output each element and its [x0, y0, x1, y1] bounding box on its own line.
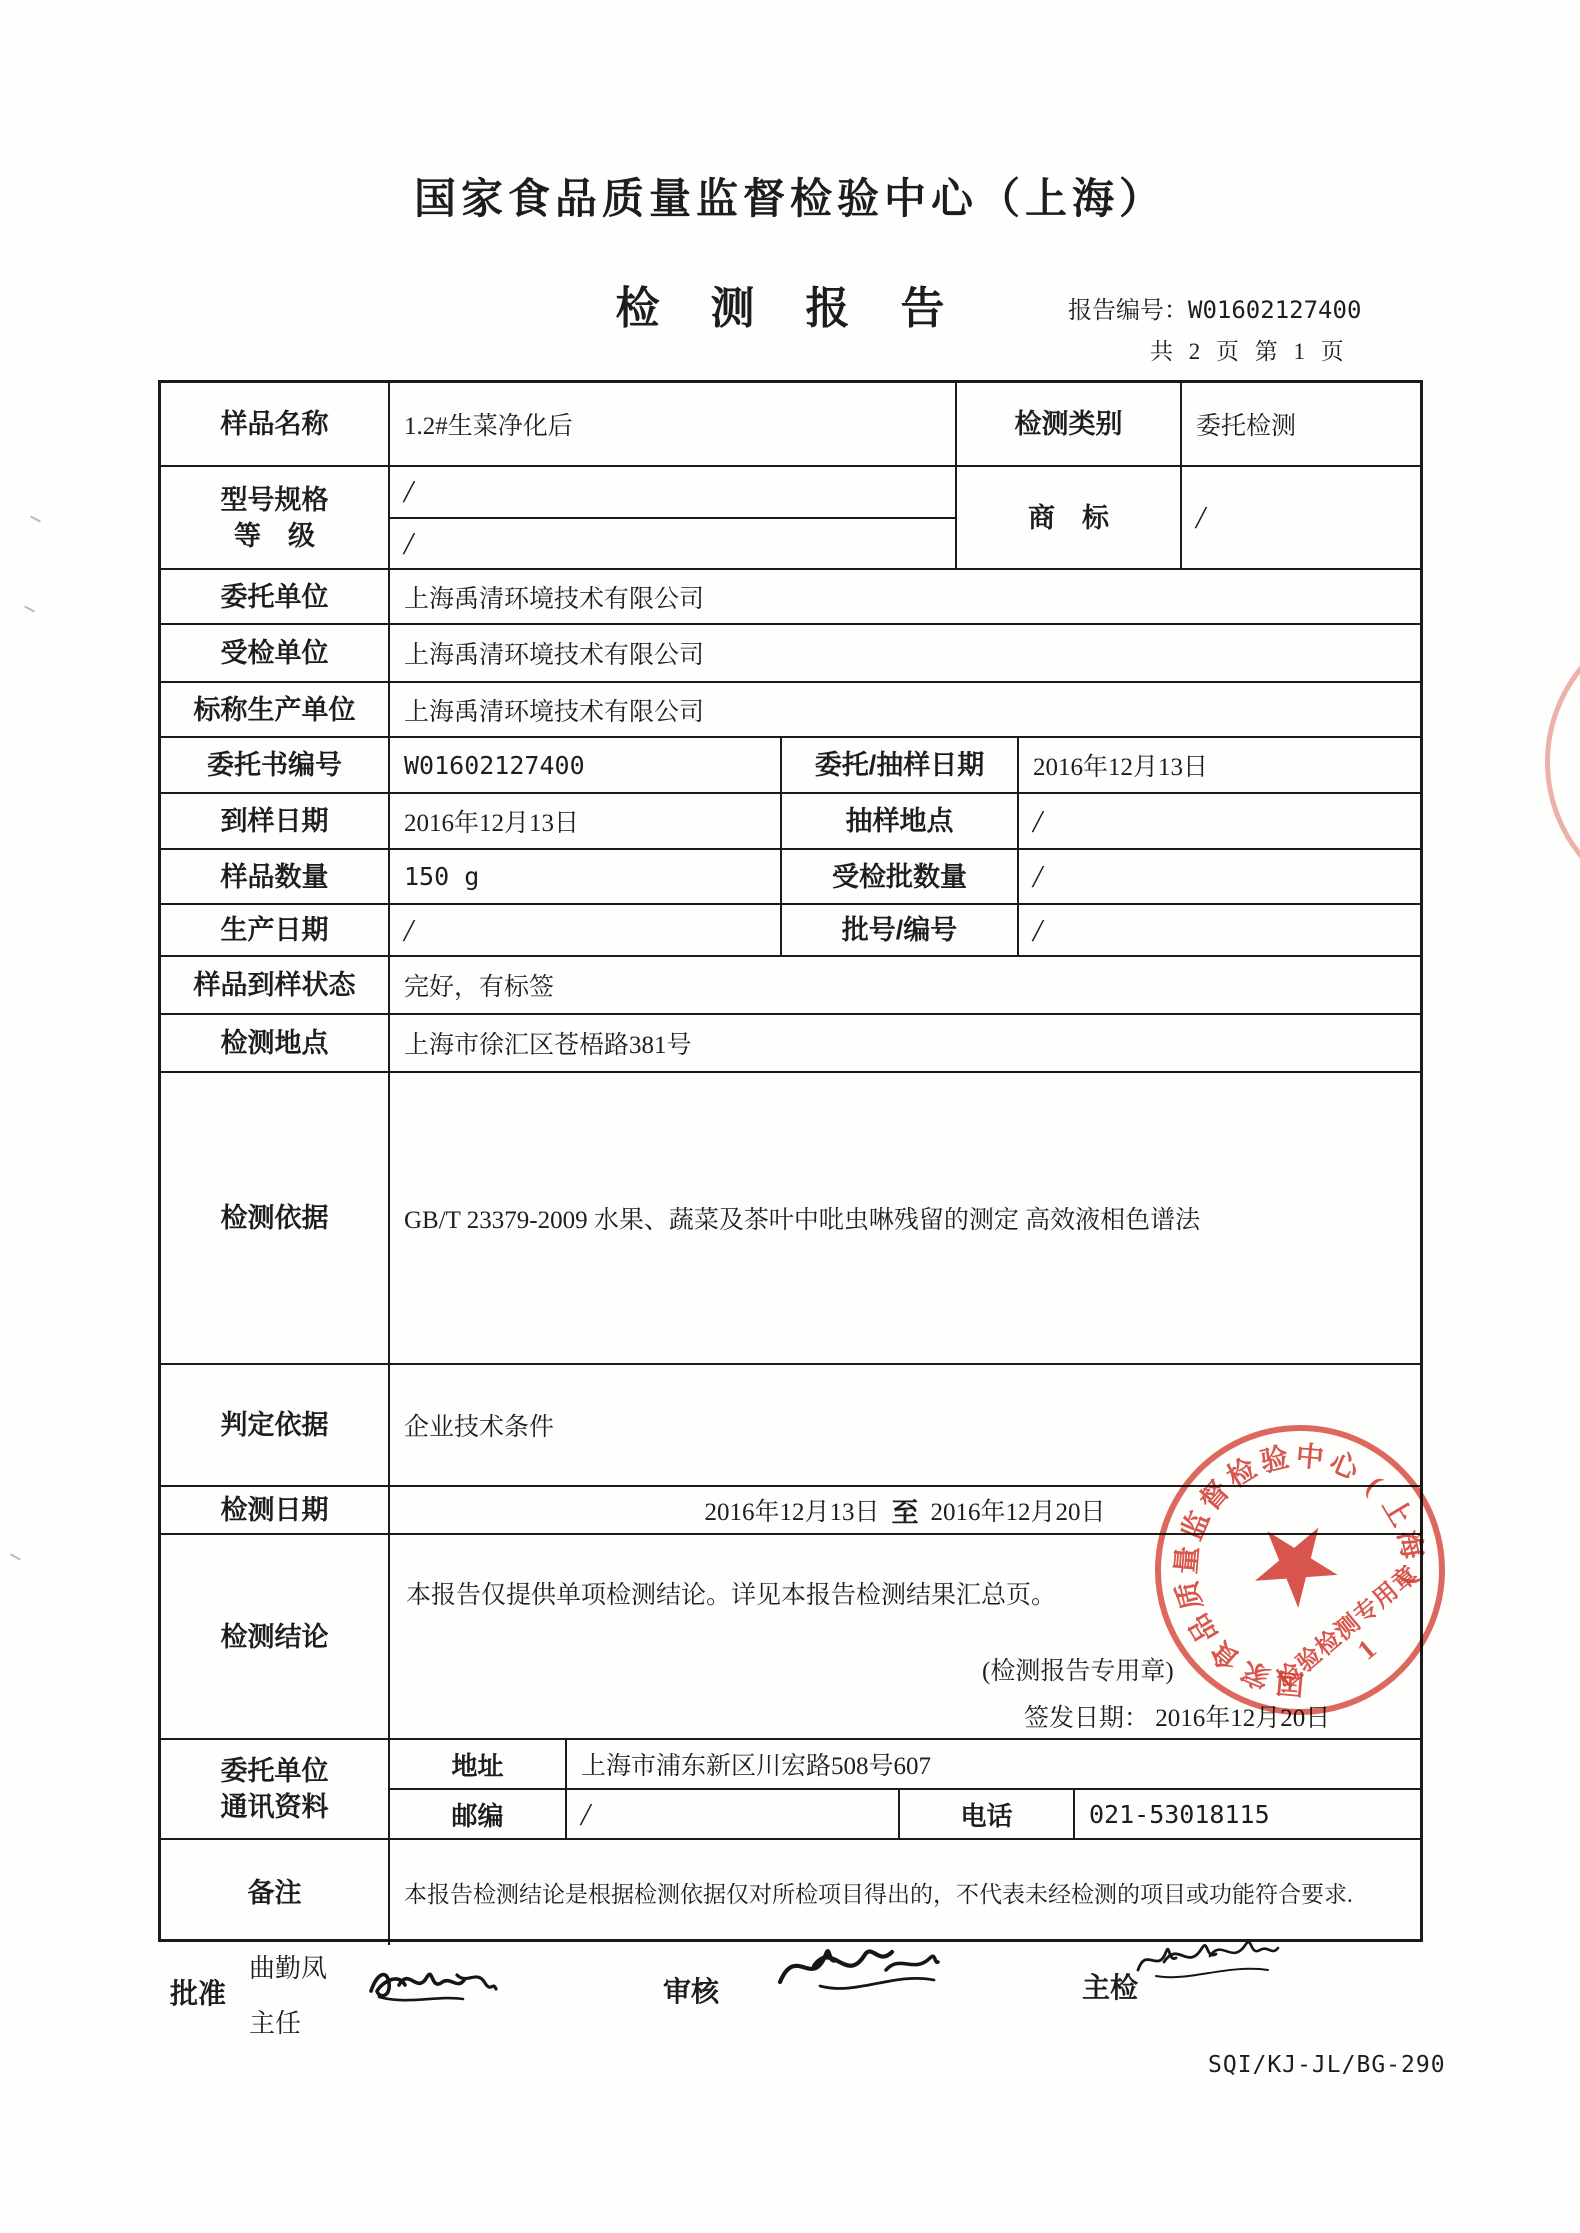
sample-state-value: 完好，有标签: [388, 957, 1420, 1013]
test-basis-label: 检测依据: [161, 1073, 388, 1363]
address-label: 地址: [390, 1740, 565, 1788]
org-title: 国家食品质量监督检验中心（上海）: [0, 166, 1580, 226]
test-category-value: 委托检测: [1180, 383, 1420, 465]
test-category-label: 检测类别: [955, 383, 1180, 465]
zip-value: /: [565, 1790, 898, 1838]
approve-title: 主任: [249, 2003, 301, 2040]
row-production-date: 生产日期 / 批号/编号 /: [161, 903, 1420, 955]
client-label: 委托单位: [161, 570, 388, 623]
inspected-unit-value: 上海禹清环境技术有限公司: [388, 625, 1420, 681]
client-value: 上海禹清环境技术有限公司: [388, 570, 1420, 623]
sampling-place-value: /: [1017, 794, 1420, 848]
producer-value: 上海禹清环境技术有限公司: [388, 683, 1420, 736]
commission-no-label: 委托书编号: [161, 738, 388, 792]
row-test-place: 检测地点 上海市徐汇区苍梧路381号: [161, 1013, 1420, 1071]
judge-basis-label: 判定依据: [161, 1365, 388, 1485]
scanned-report-page: 国家食品质量监督检验中心（上海） 检 测 报 告 报告编号：W016021274…: [0, 0, 1580, 2233]
model-spec-values: / /: [388, 467, 955, 568]
scan-artifact: [10, 1554, 21, 1561]
test-date-to: 2016年12月20日: [931, 1492, 1106, 1528]
row-commission-no: 委托书编号 W01602127400 委托/抽样日期 2016年12月13日: [161, 736, 1420, 792]
model-spec-label: 型号规格 等 级: [161, 467, 388, 568]
row-client: 委托单位 上海禹清环境技术有限公司: [161, 568, 1420, 623]
zip-label: 邮编: [390, 1790, 565, 1838]
row-producer: 标称生产单位 上海禹清环境技术有限公司: [161, 681, 1420, 736]
sample-state-label: 样品到样状态: [161, 957, 388, 1013]
stamp-ring-char: 质: [1173, 1577, 1209, 1613]
row-arrival-date: 到样日期 2016年12月13日 抽样地点 /: [161, 792, 1420, 848]
commission-date-label: 委托/抽样日期: [780, 738, 1017, 792]
sample-qty-label: 样品数量: [161, 850, 388, 903]
production-date-label: 生产日期: [161, 905, 388, 955]
chief-signature: [1128, 1930, 1283, 1990]
model-spec-bottom-value: /: [390, 517, 955, 569]
trademark-label: 商 标: [955, 467, 1180, 568]
row-sample-qty: 样品数量 150 g 受检批数量 /: [161, 848, 1420, 903]
row-model-spec: 型号规格 等 级 / / 商 标 /: [161, 465, 1420, 568]
batch-qty-label: 受检批数量: [780, 850, 1017, 903]
scan-artifact: [24, 606, 35, 613]
report-number-value: W01602127400: [1188, 296, 1361, 324]
arrival-date-label: 到样日期: [161, 794, 388, 848]
review-label: 审核: [663, 1970, 719, 2010]
arrival-date-value: 2016年12月13日: [388, 794, 780, 848]
sample-name-label: 样品名称: [161, 383, 388, 465]
pagination: 共 2 页 第 1 页: [1150, 333, 1349, 366]
test-date-label: 检测日期: [161, 1487, 388, 1533]
conclusion-label: 检测结论: [161, 1535, 388, 1738]
row-contact: 委托单位 通讯资料 地址 上海市浦东新区川宏路508号607 邮编 / 电话 0…: [161, 1738, 1420, 1838]
contact-zip-phone-row: 邮编 / 电话 021-53018115: [390, 1788, 1420, 1838]
producer-label: 标称生产单位: [161, 683, 388, 736]
review-signature: [768, 1936, 943, 2002]
test-place-value: 上海市徐汇区苍梧路381号: [388, 1015, 1420, 1071]
seal-note: (检测报告专用章): [982, 1651, 1174, 1687]
sample-qty-value: 150 g: [388, 850, 780, 903]
contact-address-row: 地址 上海市浦东新区川宏路508号607: [390, 1740, 1420, 1788]
approve-label: 批准: [170, 1972, 226, 2012]
row-inspected-unit: 受检单位 上海禹清环境技术有限公司: [161, 623, 1420, 681]
stamp-ring-char: 中: [1294, 1442, 1327, 1475]
conclusion-text: 本报告仅提供单项检测结论。详见本报告检测结果汇总页。: [406, 1575, 1056, 1611]
report-number: 报告编号：W01602127400: [1068, 290, 1361, 325]
address-value: 上海市浦东新区川宏路508号607: [565, 1740, 1420, 1788]
phone-value: 021-53018115: [1073, 1790, 1420, 1838]
row-sample-state: 样品到样状态 完好，有标签: [161, 955, 1420, 1013]
inspected-unit-label: 受检单位: [161, 625, 388, 681]
contact-label: 委托单位 通讯资料: [161, 1740, 388, 1838]
report-number-label: 报告编号：: [1068, 298, 1188, 324]
sampling-place-label: 抽样地点: [780, 794, 1017, 848]
test-date-to-word: 至: [890, 1491, 921, 1530]
row-sample-name: 样品名称 1.2#生菜净化后 检测类别 委托检测: [161, 383, 1420, 465]
remark-label: 备注: [161, 1840, 388, 1945]
sample-name-value: 1.2#生菜净化后: [388, 383, 955, 465]
contact-grid: 地址 上海市浦东新区川宏路508号607 邮编 / 电话 021-5301811…: [388, 1740, 1420, 1838]
phone-label: 电话: [898, 1790, 1073, 1838]
partial-stamp: [1545, 612, 1580, 912]
commission-date-value: 2016年12月13日: [1017, 738, 1420, 792]
batch-no-value: /: [1017, 905, 1420, 955]
row-remark: 备注 本报告检测结论是根据检测依据仅对所检项目得出的，不代表未经检测的项目或功能…: [161, 1838, 1420, 1945]
production-date-value: /: [388, 905, 780, 955]
stamp-ring-char: 验: [1257, 1443, 1293, 1479]
test-basis-value: GB/T 23379-2009 水果、蔬菜及茶叶中吡虫啉残留的测定 高效液相色谱…: [388, 1073, 1420, 1363]
test-place-label: 检测地点: [161, 1015, 388, 1071]
model-spec-top-value: /: [390, 467, 955, 517]
trademark-value: /: [1180, 467, 1420, 568]
stamp-ring-char: 量: [1172, 1544, 1205, 1577]
scan-artifact: [30, 516, 41, 523]
batch-no-label: 批号/编号: [780, 905, 1017, 955]
row-test-basis: 检测依据 GB/T 23379-2009 水果、蔬菜及茶叶中吡虫啉残留的测定 高…: [161, 1071, 1420, 1363]
approve-signature: [365, 1955, 500, 2010]
commission-no-value: W01602127400: [388, 738, 780, 792]
approve-name: 曲勤凤: [249, 1948, 327, 1985]
doc-code: SQI/KJ-JL/BG-290: [1208, 2052, 1446, 2078]
batch-qty-value: /: [1017, 850, 1420, 903]
test-date-from: 2016年12月13日: [704, 1492, 879, 1528]
